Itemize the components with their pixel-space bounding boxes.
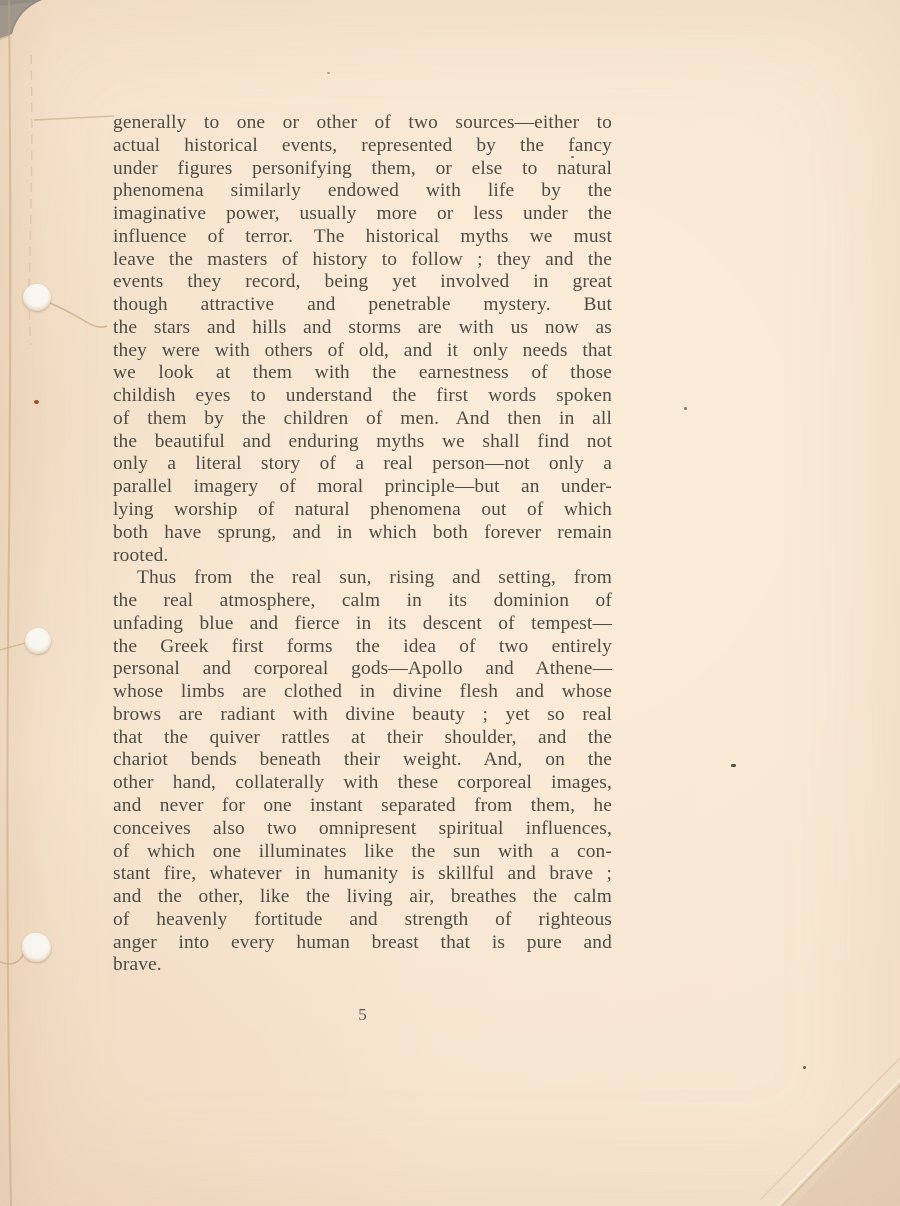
text-line: they were with others of old, and it onl… — [113, 340, 612, 363]
text-line: the real atmosphere, calm in its dominio… — [113, 590, 612, 613]
paper-speck — [327, 72, 330, 74]
text-line: whose limbs are clothed in divine flesh … — [113, 681, 612, 704]
text-line: other hand, collaterally with these corp… — [113, 772, 612, 795]
paper-speck — [34, 400, 39, 404]
text-line: rooted. — [113, 545, 612, 568]
text-line: the stars and hills and storms are with … — [113, 317, 612, 340]
text-line: of heavenly fortitude and strength of ri… — [113, 909, 612, 932]
text-line: events they record, being yet involved i… — [113, 271, 612, 294]
text-line: leave the masters of history to follow ;… — [113, 249, 612, 272]
paper-speck — [803, 1066, 806, 1069]
text-line: unfading blue and fierce in its descent … — [113, 613, 612, 636]
text-line: brows are radiant with divine beauty ; y… — [113, 704, 612, 727]
text-line: parallel imagery of moral principle—but … — [113, 476, 612, 499]
text-line: both have sprung, and in which both fore… — [113, 522, 612, 545]
text-line: anger into every human breast that is pu… — [113, 932, 612, 955]
text-line: conceives also two omnipresent spiritual… — [113, 818, 612, 841]
paper-speck — [684, 407, 687, 410]
text-line: stant fire, whatever in humanity is skil… — [113, 863, 612, 886]
text-line: we look at them with the earnestness of … — [113, 362, 612, 385]
text-line: the Greek first forms the idea of two en… — [113, 636, 612, 659]
text-line: lying worship of natural phenomena out o… — [113, 499, 612, 522]
text-line: childish eyes to understand the first wo… — [113, 385, 612, 408]
text-line: chariot bends beneath their weight. And,… — [113, 749, 612, 772]
text-line: of them by the children of men. And then… — [113, 408, 612, 431]
punch-hole-top — [23, 284, 51, 311]
text-line: personal and corporeal gods—Apollo and A… — [113, 658, 612, 681]
text-line: generally to one or other of two sources… — [113, 112, 612, 135]
text-line: phenomena similarly endowed with life by… — [113, 180, 612, 203]
paper-speck — [731, 764, 736, 767]
text-line: of which one illuminates like the sun wi… — [113, 841, 612, 864]
text-line: that the quiver rattles at their shoulde… — [113, 727, 612, 750]
punch-hole-bottom — [22, 933, 51, 962]
page-number: 5 — [113, 1005, 612, 1025]
text-line: and never for one instant separated from… — [113, 795, 612, 818]
book-page: generally to one or other of two sources… — [0, 0, 900, 1206]
text-line: though attractive and penetrable mystery… — [113, 294, 612, 317]
text-line: imaginative power, usually more or less … — [113, 203, 612, 226]
text-line: Thus from the real sun, rising and setti… — [113, 567, 612, 590]
paper-speck — [571, 156, 574, 158]
text-line: actual historical events, represented by… — [113, 135, 612, 158]
page-text: generally to one or other of two sources… — [113, 112, 612, 977]
text-line: under figures personifying them, or else… — [113, 158, 612, 181]
text-line: influence of terror. The historical myth… — [113, 226, 612, 249]
text-line: the beautiful and enduring myths we shal… — [113, 431, 612, 454]
folded-corner — [720, 1046, 900, 1206]
text-line: and the other, like the living air, brea… — [113, 886, 612, 909]
punch-hole-middle — [25, 628, 51, 654]
text-line: only a literal story of a real person—no… — [113, 453, 612, 476]
text-line: brave. — [113, 954, 612, 977]
